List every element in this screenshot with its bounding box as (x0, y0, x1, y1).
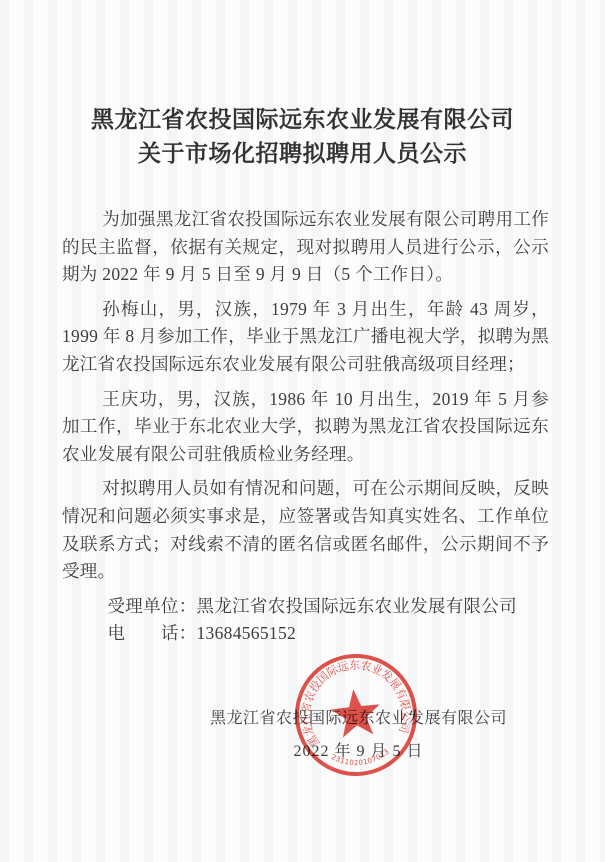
page-title-line-2: 关于市场化招聘拟聘用人员公示 (0, 137, 605, 171)
page-title: 黑龙江省农投国际远东农业发展有限公司 关于市场化招聘拟聘用人员公示 (0, 103, 605, 171)
notice-document-page: 黑龙江省农投国际远东农业发展有限公司 关于市场化招聘拟聘用人员公示 为加强黑龙江… (0, 0, 605, 862)
star-icon (329, 687, 383, 739)
contact-phone-line: 电 话：13684565152 (62, 620, 549, 648)
official-seal-graphic: 黑龙江省农投国际远东农业发展有限公司 2311020107013 (286, 645, 427, 786)
paragraph-feedback: 对拟聘用人员如有情况和问题，可在公示期间反映，反映情况和问题必须实事求是，应签署… (62, 475, 549, 585)
contact-unit-line: 受理单位：黑龙江省农投国际远东农业发展有限公司 (62, 593, 549, 621)
paragraph-intro: 为加强黑龙江省农投国际远东农业发展有限公司聘用工作的民主监督，依据有关规定，现对… (62, 206, 549, 289)
notice-body: 为加强黑龙江省农投国际远东农业发展有限公司聘用工作的民主监督，依据有关规定，现对… (62, 206, 549, 648)
paragraph-candidate-1: 孙梅山，男，汉族，1979 年 3 月出生，年龄 43 周岁，1999 年 8 … (62, 296, 549, 379)
official-seal: 黑龙江省农投国际远东农业发展有限公司 2311020107013 (286, 645, 427, 786)
paragraph-candidate-2: 王庆功，男，汉族，1986 年 10 月出生，2019 年 5 月参加工作，毕业… (62, 386, 549, 469)
page-title-line-1: 黑龙江省农投国际远东农业发展有限公司 (0, 103, 605, 137)
